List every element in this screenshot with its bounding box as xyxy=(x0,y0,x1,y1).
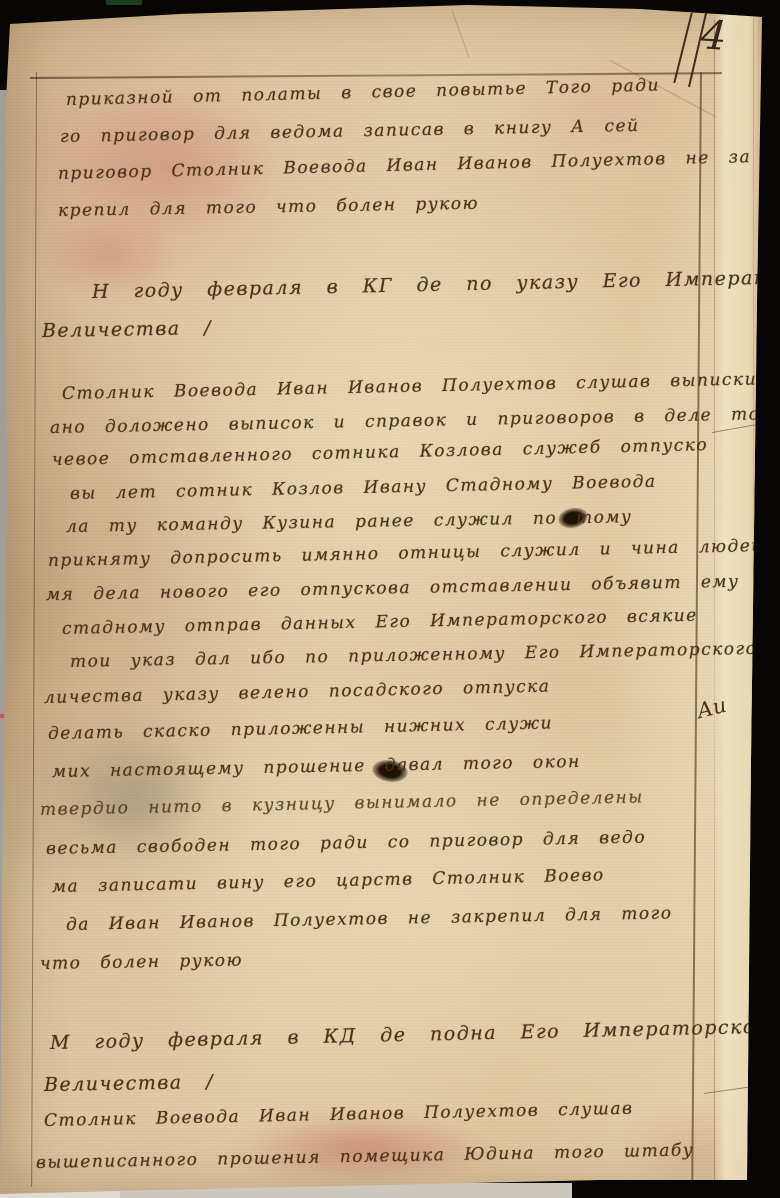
text-line: крепил для того что болен рукою xyxy=(58,196,479,220)
text-line: чевое отставленного сотника Козлова служ… xyxy=(52,437,709,469)
text-line: прикняту допросить имянно отницы служил … xyxy=(48,538,764,570)
folio-number: 4 xyxy=(700,15,728,57)
text-line: Столник Воевода Иван Иванов Полуехтов сл… xyxy=(62,371,757,403)
text-line: да Иван Иванов Полуехтов не закрепил для… xyxy=(66,905,673,934)
paper-crack xyxy=(452,10,470,57)
text-line: мя дела нового его отпускова отставлении… xyxy=(46,574,740,604)
text-line: вы лет сотник Козлов Ивану Стадному Воев… xyxy=(70,474,657,503)
text-line: ма записати вину его царств Столник Воев… xyxy=(52,867,605,896)
text-line: делать скаско приложенны нижних служи xyxy=(48,715,553,743)
fold-crease xyxy=(714,20,715,1185)
text-line-date: М году февраля в КД де подна Его Императ… xyxy=(50,1017,780,1053)
text-line: тои указ дал ибо по приложенному Его Имп… xyxy=(70,641,758,671)
parchment-page: 4 приказной от полаты в свое повытье Тог… xyxy=(0,0,780,1198)
ruled-left-margin-line xyxy=(31,72,37,1187)
manuscript-scan: 4 приказной от полаты в свое повытье Тог… xyxy=(0,0,780,1198)
text-line: приказной от полаты в свое повытье Того … xyxy=(66,77,660,109)
text-line: ла ту команду Кузина ранее служил по том… xyxy=(66,509,633,536)
text-line-date: Величества / xyxy=(42,319,212,341)
text-line: личества указу велено посадского отпуска xyxy=(44,679,551,707)
text-line: что болен рукою xyxy=(40,952,243,973)
scan-color-artifact xyxy=(106,0,142,5)
text-line-date: Н году февраля в КГ де по указу Его Импе… xyxy=(92,267,780,302)
page-edge-line xyxy=(753,18,754,1178)
text-line-date: Величества / xyxy=(44,1073,214,1095)
text-line: стадному отправ данных Его Императорског… xyxy=(62,608,698,638)
text-line: ано доложено выписок и справок и пригово… xyxy=(50,406,761,437)
ruled-right-margin-line xyxy=(691,72,702,1182)
